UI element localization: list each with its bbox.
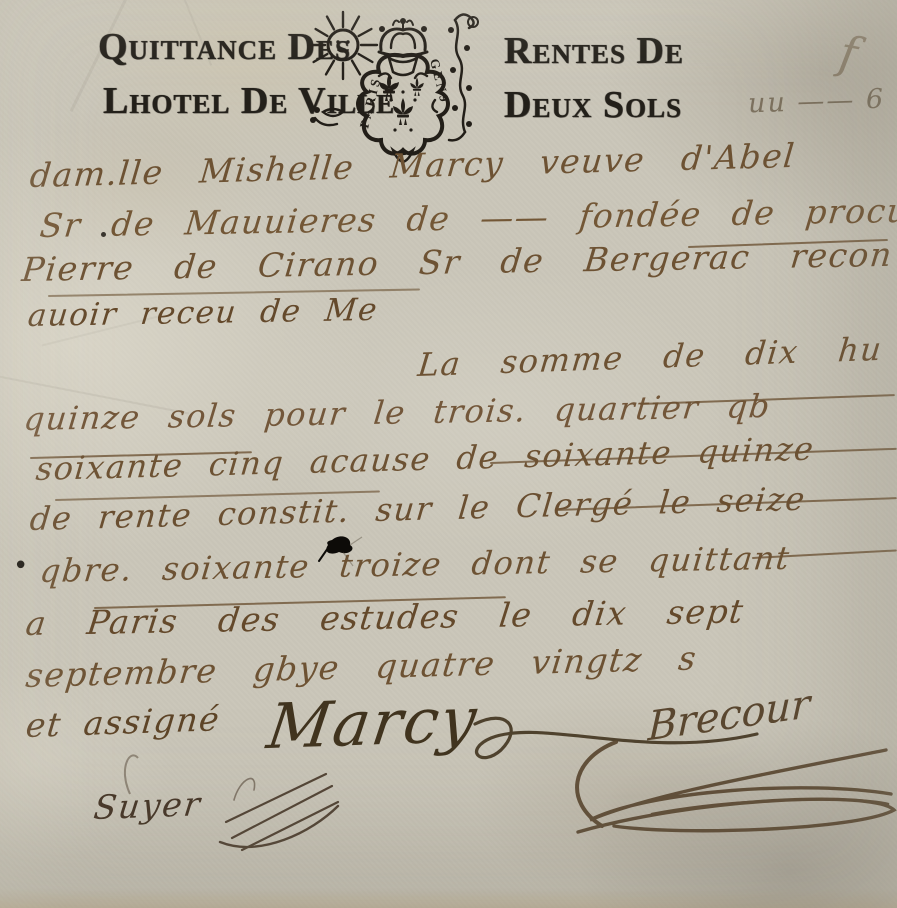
cartouche-top bbox=[389, 58, 417, 75]
manuscript-line: de rente constit. sur le Clergé le seize bbox=[28, 482, 807, 538]
manuscript-line: soixante cinq acause de soixante quinze bbox=[34, 432, 816, 488]
ink-blot bbox=[316, 528, 364, 570]
crown-icon bbox=[379, 18, 427, 56]
sun-face-icon bbox=[311, 12, 377, 79]
manuscript-line: La somme de dix hu bbox=[416, 332, 884, 384]
signature-ascender bbox=[96, 742, 156, 797]
manuscript-line: dam.lle Mishelle Marcy veuve d'Abel bbox=[28, 138, 797, 194]
manuscript-photo: Quittance Des Lhotel De Ville Rentes De … bbox=[0, 0, 897, 908]
emblem-text-right: GEN9 bbox=[427, 57, 453, 106]
signature-flourish bbox=[210, 760, 355, 860]
letterhead-right-line2: Deux Sols bbox=[504, 86, 682, 124]
corner-flourish: f bbox=[835, 25, 861, 81]
manuscript-line: quinze sols pour le trois. quartier qb bbox=[22, 389, 773, 437]
manuscript-line: et assigné bbox=[24, 701, 222, 744]
manuscript-line: qbre. soixante troize dont se quittant bbox=[38, 541, 792, 589]
garland-icon bbox=[448, 14, 478, 140]
signature-flourish bbox=[556, 736, 897, 841]
manuscript-line: auoir receu de Me bbox=[26, 293, 380, 333]
fleur-de-lis-icon bbox=[379, 74, 424, 132]
left-ornament-icon bbox=[310, 107, 343, 125]
corner-annotation: uu —— 6 bbox=[748, 84, 886, 120]
letterhead-emblem: PARIS GEN9 bbox=[305, 0, 510, 165]
letterhead-right-line1: Rentes De bbox=[504, 32, 684, 70]
margin-bullet: • bbox=[13, 552, 30, 581]
ink-speck bbox=[101, 232, 106, 237]
